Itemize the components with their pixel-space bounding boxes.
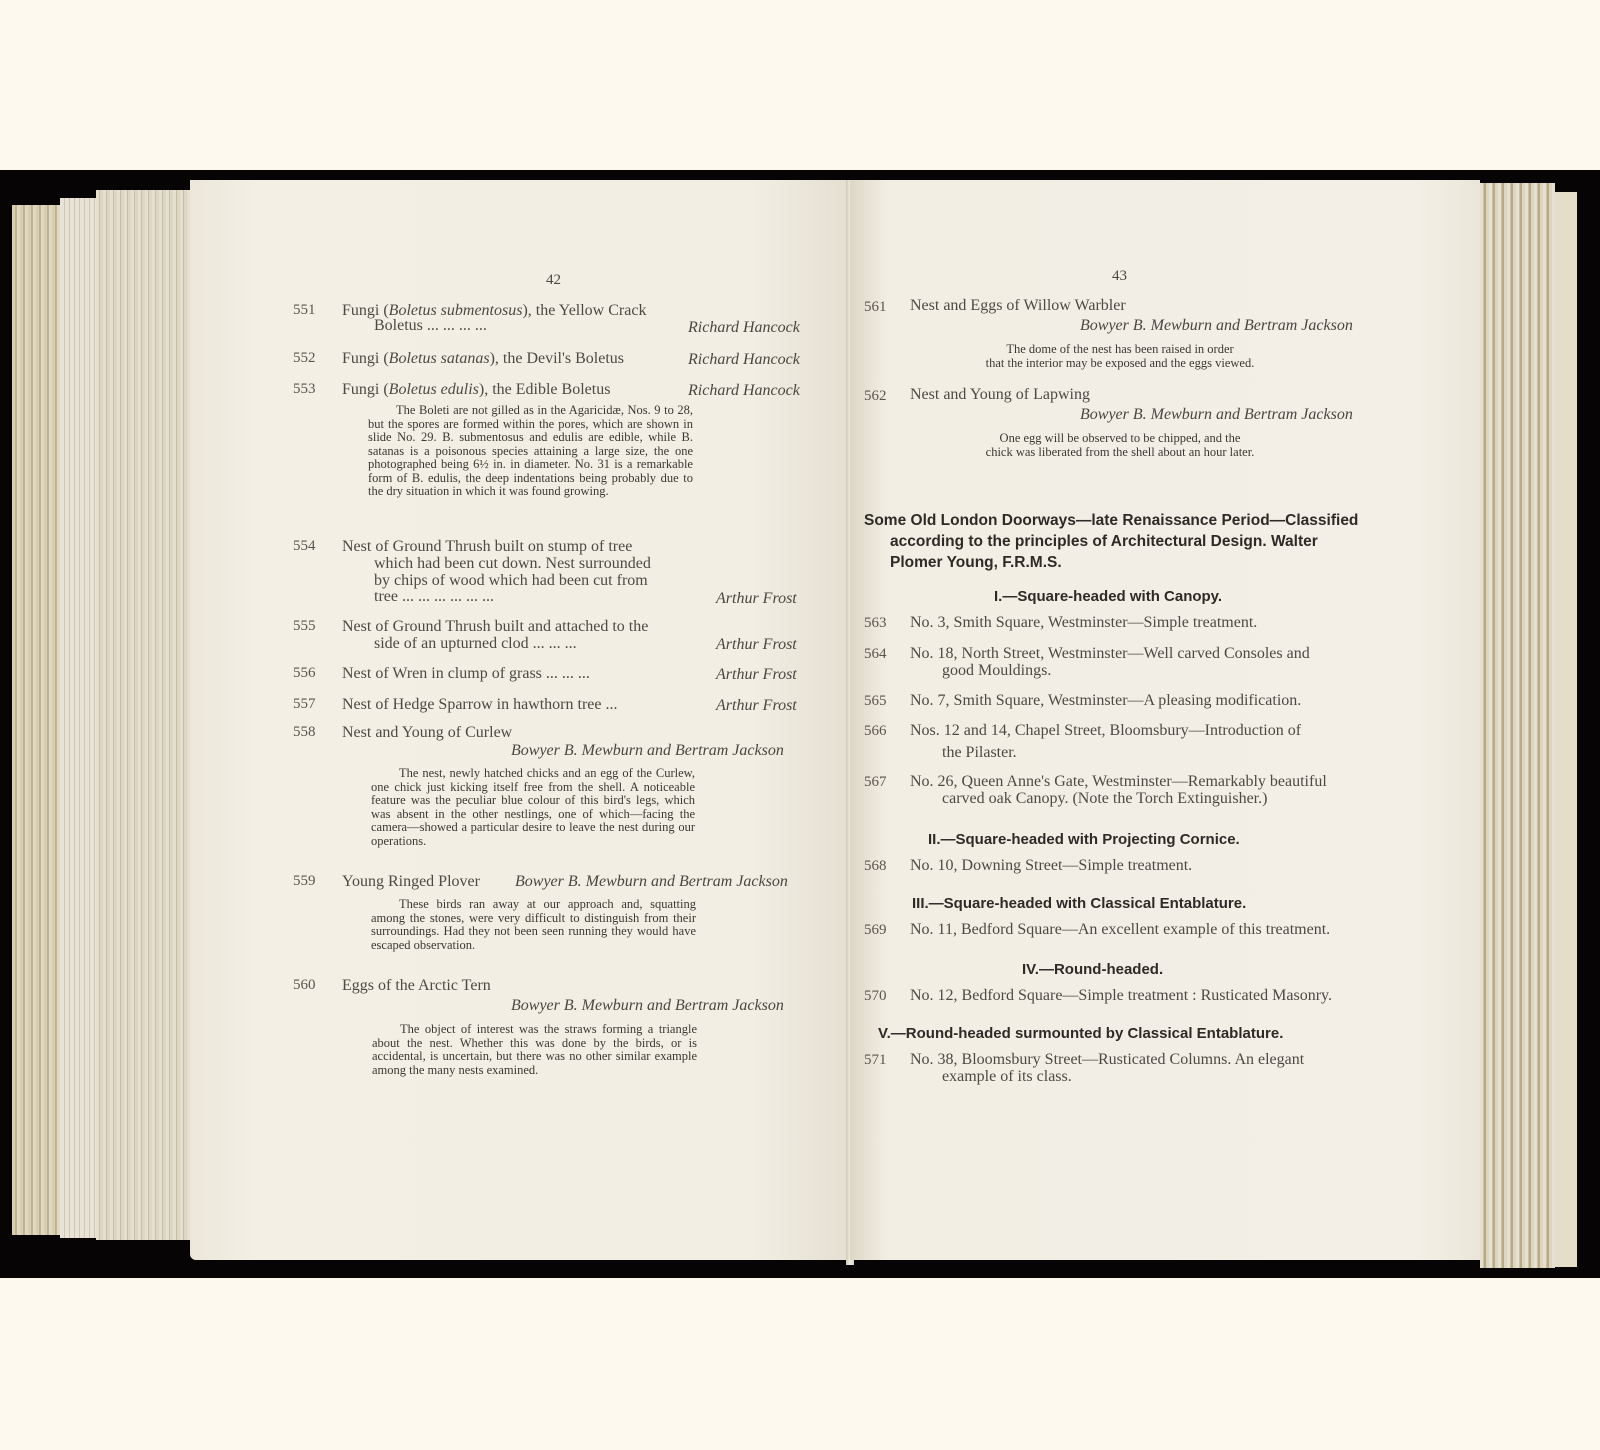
entry-note: The object of interest was the straws fo… bbox=[372, 1023, 697, 1077]
entry-title: No. 12, Bedford Square—Simple treatment … bbox=[910, 987, 1332, 1004]
catalogue-entry: 552 Fungi (Boletus satanas), the Devil's… bbox=[293, 350, 805, 370]
entry-title: No. 3, Smith Square, Westminster—Simple … bbox=[910, 614, 1257, 631]
entry-note: One egg will be observed to be chipped, … bbox=[930, 432, 1310, 459]
entry-title: No. 10, Downing Street—Simple treatment. bbox=[910, 857, 1192, 874]
entry-author: Bowyer B. Mewburn and Bertram Jackson bbox=[1080, 406, 1353, 423]
catalogue-entry: 562 Nest and Young of Lapwing Bowyer B. … bbox=[864, 386, 1374, 422]
entry-title-cont: side of an upturned clod ... ... ... bbox=[374, 635, 577, 652]
entry-number: 570 bbox=[864, 988, 887, 1005]
entry-number: 551 bbox=[293, 302, 316, 319]
catalogue-entry: 559 Young Ringed Plover Bowyer B. Mewbur… bbox=[293, 873, 805, 893]
entry-note: The dome of the nest has been raised in … bbox=[930, 343, 1310, 370]
entry-note: These birds ran away at our approach and… bbox=[371, 898, 696, 952]
entry-author: Richard Hancock bbox=[688, 351, 800, 368]
entry-note-line: One egg will be observed to be chipped, … bbox=[930, 432, 1310, 446]
entry-number: 555 bbox=[293, 618, 316, 635]
entry-title: Nos. 12 and 14, Chapel Street, Bloomsbur… bbox=[910, 722, 1301, 739]
entry-number: 563 bbox=[864, 615, 887, 632]
entry-title: Young Ringed Plover bbox=[342, 873, 480, 890]
entry-number: 562 bbox=[864, 388, 887, 405]
entry-title: No. 18, North Street, Westminster—Well c… bbox=[910, 645, 1310, 662]
entry-author: Arthur Frost bbox=[716, 636, 797, 653]
entry-title: Nest of Ground Thrush built on stump of … bbox=[342, 538, 632, 555]
catalogue-entry: 551 Fungi (Boletus submentosus), the Yel… bbox=[293, 302, 805, 342]
entry-author: Arthur Frost bbox=[716, 666, 797, 683]
left-page: 42 551 Fungi (Boletus submentosus), the … bbox=[190, 180, 850, 1260]
right-page: 43 561 Nest and Eggs of Willow Warbler B… bbox=[850, 180, 1480, 1260]
catalogue-entry: 558 Nest and Young of Curlew Bowyer B. M… bbox=[293, 724, 805, 760]
entry-title: Nest of Ground Thrush built and attached… bbox=[342, 618, 648, 635]
catalogue-entry: 557 Nest of Hedge Sparrow in hawthorn tr… bbox=[293, 696, 805, 716]
entry-number: 554 bbox=[293, 538, 316, 555]
entry-number: 568 bbox=[864, 858, 887, 875]
subsection-title: IV.—Round-headed. bbox=[1022, 961, 1163, 978]
entry-title-cont: which had been cut down. Nest surrounded bbox=[374, 555, 651, 572]
entry-title: Nest of Wren in clump of grass ... ... .… bbox=[342, 665, 590, 682]
entry-title: Fungi (Boletus satanas), the Devil's Bol… bbox=[342, 350, 624, 367]
entry-title-cont: Boletus ... ... ... ... bbox=[374, 317, 487, 334]
entry-number: 565 bbox=[864, 693, 887, 710]
entry-number: 558 bbox=[293, 724, 316, 741]
entry-title: Fungi (Boletus edulis), the Edible Bolet… bbox=[342, 381, 610, 398]
heading-line: Plomer Young, F.R.M.S. bbox=[864, 552, 1384, 573]
entry-number: 569 bbox=[864, 922, 887, 939]
subsection-title: II.—Square-headed with Projecting Cornic… bbox=[928, 831, 1240, 848]
entry-author: Bowyer B. Mewburn and Bertram Jackson bbox=[511, 742, 784, 759]
entry-title: Nest and Young of Curlew bbox=[342, 724, 512, 741]
entry-note-line: The dome of the nest has been raised in … bbox=[930, 343, 1310, 357]
entry-note-text: These birds ran away at our approach and… bbox=[371, 898, 696, 952]
catalogue-entry: 553 Fungi (Boletus edulis), the Edible B… bbox=[293, 381, 805, 401]
entry-number: 556 bbox=[293, 665, 316, 682]
entry-number: 567 bbox=[864, 774, 887, 791]
section-heading: Some Old London Doorways—late Renaissanc… bbox=[864, 510, 1384, 573]
subsection-title: I.—Square-headed with Canopy. bbox=[994, 588, 1222, 605]
entry-author: Bowyer B. Mewburn and Bertram Jackson bbox=[1080, 317, 1353, 334]
subsection-title: V.—Round-headed surmounted by Classical … bbox=[878, 1025, 1283, 1042]
heading-line: according to the principles of Architect… bbox=[864, 531, 1384, 552]
entry-title: No. 38, Bloomsbury Street—Rusticated Col… bbox=[910, 1051, 1304, 1068]
entry-number: 559 bbox=[293, 873, 316, 890]
entry-note-text: The object of interest was the straws fo… bbox=[372, 1023, 697, 1077]
entry-number: 552 bbox=[293, 350, 316, 367]
catalogue-entry: 560 Eggs of the Arctic Tern Bowyer B. Me… bbox=[293, 977, 805, 1013]
entry-note: The nest, newly hatched chicks and an eg… bbox=[371, 767, 695, 848]
entry-title-cont: tree ... ... ... ... ... ... bbox=[374, 588, 494, 605]
entry-note: The Boleti are not gilled as in the Agar… bbox=[368, 404, 693, 499]
page-edges-left bbox=[96, 190, 196, 1240]
entry-title-cont: the Pilaster. bbox=[942, 744, 1017, 761]
heading-line: Some Old London Doorways—late Renaissanc… bbox=[864, 510, 1384, 531]
entry-number: 553 bbox=[293, 381, 316, 398]
entry-author: Arthur Frost bbox=[716, 697, 797, 714]
page-edges-right bbox=[1480, 183, 1555, 1268]
entry-author: Arthur Frost bbox=[716, 590, 797, 607]
entry-note-line: chick was liberated from the shell about… bbox=[930, 446, 1310, 460]
entry-title: No. 11, Bedford Square—An excellent exam… bbox=[910, 921, 1330, 938]
entry-number: 560 bbox=[293, 977, 316, 994]
catalogue-entry: 556 Nest of Wren in clump of grass ... .… bbox=[293, 665, 805, 685]
entry-title: Nest and Young of Lapwing bbox=[910, 386, 1090, 403]
page-edges-right bbox=[1555, 192, 1577, 1267]
entry-author: Richard Hancock bbox=[688, 319, 800, 336]
entry-title: No. 7, Smith Square, Westminster—A pleas… bbox=[910, 692, 1301, 709]
entry-title-cont: by chips of wood which had been cut from bbox=[374, 572, 648, 589]
entry-title-cont: good Mouldings. bbox=[942, 662, 1051, 679]
entry-title-cont: carved oak Canopy. (Note the Torch Extin… bbox=[942, 790, 1267, 807]
entry-author: Richard Hancock bbox=[688, 382, 800, 399]
entry-note-line: that the interior may be exposed and the… bbox=[930, 357, 1310, 371]
entry-number: 566 bbox=[864, 723, 887, 740]
entry-author: Bowyer B. Mewburn and Bertram Jackson bbox=[515, 873, 788, 890]
entry-number: 571 bbox=[864, 1052, 887, 1069]
catalogue-entry: 555 Nest of Ground Thrush built and atta… bbox=[293, 618, 805, 654]
entry-title-cont: example of its class. bbox=[942, 1068, 1072, 1085]
subsection-title: III.—Square-headed with Classical Entabl… bbox=[912, 895, 1246, 912]
entry-number: 564 bbox=[864, 646, 887, 663]
catalogue-entry: 561 Nest and Eggs of Willow Warbler Bowy… bbox=[864, 297, 1374, 333]
catalogue-entry: 554 Nest of Ground Thrush built on stump… bbox=[293, 538, 805, 608]
entry-note-text: The nest, newly hatched chicks and an eg… bbox=[371, 767, 695, 848]
page-edges-left bbox=[60, 198, 100, 1238]
page-number: 42 bbox=[546, 272, 561, 289]
entry-title: Nest and Eggs of Willow Warbler bbox=[910, 297, 1126, 314]
page-number: 43 bbox=[1112, 268, 1127, 285]
entry-note-text: The Boleti are not gilled as in the Agar… bbox=[368, 404, 693, 499]
entry-number: 561 bbox=[864, 299, 887, 316]
entry-title: No. 26, Queen Anne's Gate, Westminster—R… bbox=[910, 773, 1327, 790]
entry-author: Bowyer B. Mewburn and Bertram Jackson bbox=[511, 997, 784, 1014]
entry-title: Nest of Hedge Sparrow in hawthorn tree .… bbox=[342, 696, 617, 713]
entry-title: Eggs of the Arctic Tern bbox=[342, 977, 491, 994]
entry-number: 557 bbox=[293, 696, 316, 713]
